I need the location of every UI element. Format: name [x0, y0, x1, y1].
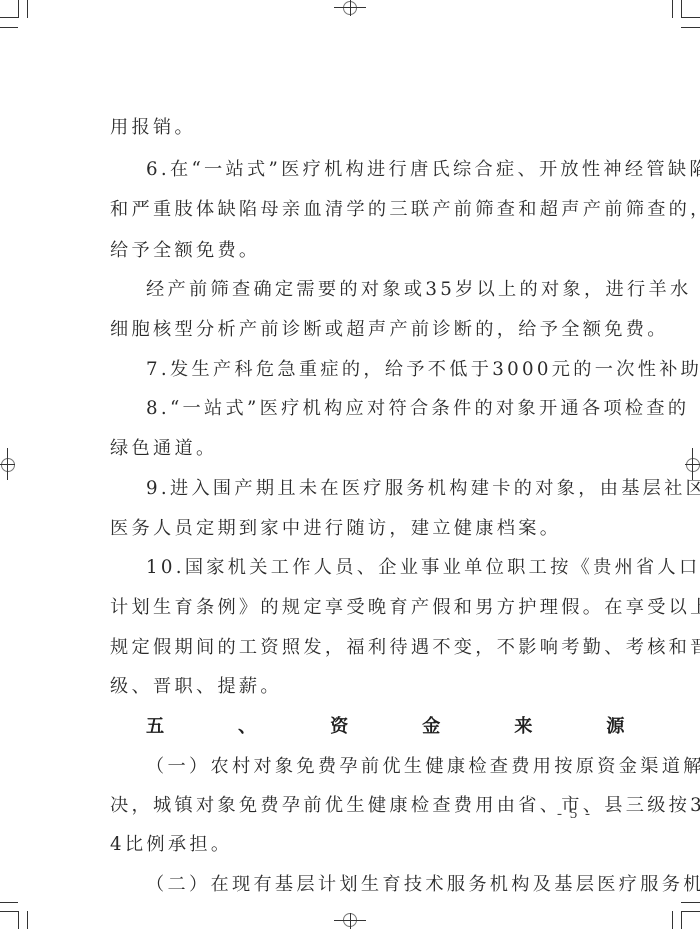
- crop-mark-bottom-right: [681, 911, 700, 912]
- paragraph-line: 6.在“一站式”医疗机构进行唐氏综合症、开放性神经管缺陷: [146, 155, 590, 185]
- crop-mark-bottom-left: [27, 911, 28, 929]
- paragraph-line: 10.国家机关工作人员、企业事业单位职工按《贵州省人口与: [146, 553, 590, 583]
- paragraph-line: 8.“一站式”医疗机构应对符合条件的对象开通各项检查的: [146, 394, 590, 424]
- paragraph-line: （一）农村对象免费孕前优生健康检查费用按原资金渠道解: [146, 752, 590, 782]
- crop-mark-top-left: [18, 0, 19, 18]
- paragraph-line: 经产前筛查确定需要的对象或35岁以上的对象，进行羊水: [146, 275, 590, 305]
- crop-mark-top-left: [0, 27, 18, 28]
- paragraph-line: 给予全额免费。: [110, 236, 590, 266]
- section-heading: 五、资金来源: [146, 712, 626, 742]
- document-page: 用报销。6.在“一站式”医疗机构进行唐氏综合症、开放性神经管缺陷和严重肢体缺陷母…: [0, 0, 700, 929]
- crop-mark-top-left: [0, 17, 18, 18]
- paragraph-line: 和严重肢体缺陷母亲血清学的三联产前筛查和超声产前筛查的，: [110, 195, 590, 225]
- paragraph-line: 医务人员定期到家中进行随访，建立健康档案。: [110, 514, 590, 544]
- paragraph-line: 9.进入围产期且未在医疗服务机构建卡的对象，由基层社区: [146, 474, 590, 504]
- paragraph-line: （二）在现有基层计划生育技术服务机构及基层医疗服务机: [146, 870, 590, 900]
- crop-mark-bottom-left: [0, 911, 18, 912]
- crop-mark-top-right: [672, 0, 673, 18]
- paragraph-line: 计划生育条例》的规定享受晚育产假和男方护理假。在享受以上: [110, 593, 590, 623]
- crop-mark-bottom-right: [672, 911, 673, 929]
- paragraph-line: 用报销。: [110, 113, 590, 143]
- paragraph-line: 决，城镇对象免费孕前优生健康检查费用由省、市、县三级按3:3:: [110, 791, 590, 821]
- crop-mark-top-right: [681, 0, 682, 18]
- page-number: - 5 -: [552, 806, 592, 823]
- paragraph-line: 规定假期间的工资照发，福利待遇不变，不影响考勤、考核和晋: [110, 633, 590, 663]
- crop-mark-bottom-right: [681, 911, 682, 929]
- paragraph-line: 级、晋职、提薪。: [110, 672, 590, 702]
- paragraph-line: 绿色通道。: [110, 434, 590, 464]
- crop-mark-top-right: [681, 27, 700, 28]
- crop-mark-top-left: [27, 0, 28, 18]
- crop-mark-bottom-right: [681, 902, 700, 903]
- paragraph-line: 细胞核型分析产前诊断或超声产前诊断的，给予全额免费。: [110, 315, 590, 345]
- paragraph-line: 4比例承担。: [110, 830, 590, 860]
- paragraph-line: 7.发生产科危急重症的，给予不低于3000元的一次性补助。: [146, 355, 590, 385]
- crop-mark-bottom-left: [18, 911, 19, 929]
- crop-mark-bottom-left: [0, 902, 18, 903]
- crop-mark-top-right: [681, 17, 700, 18]
